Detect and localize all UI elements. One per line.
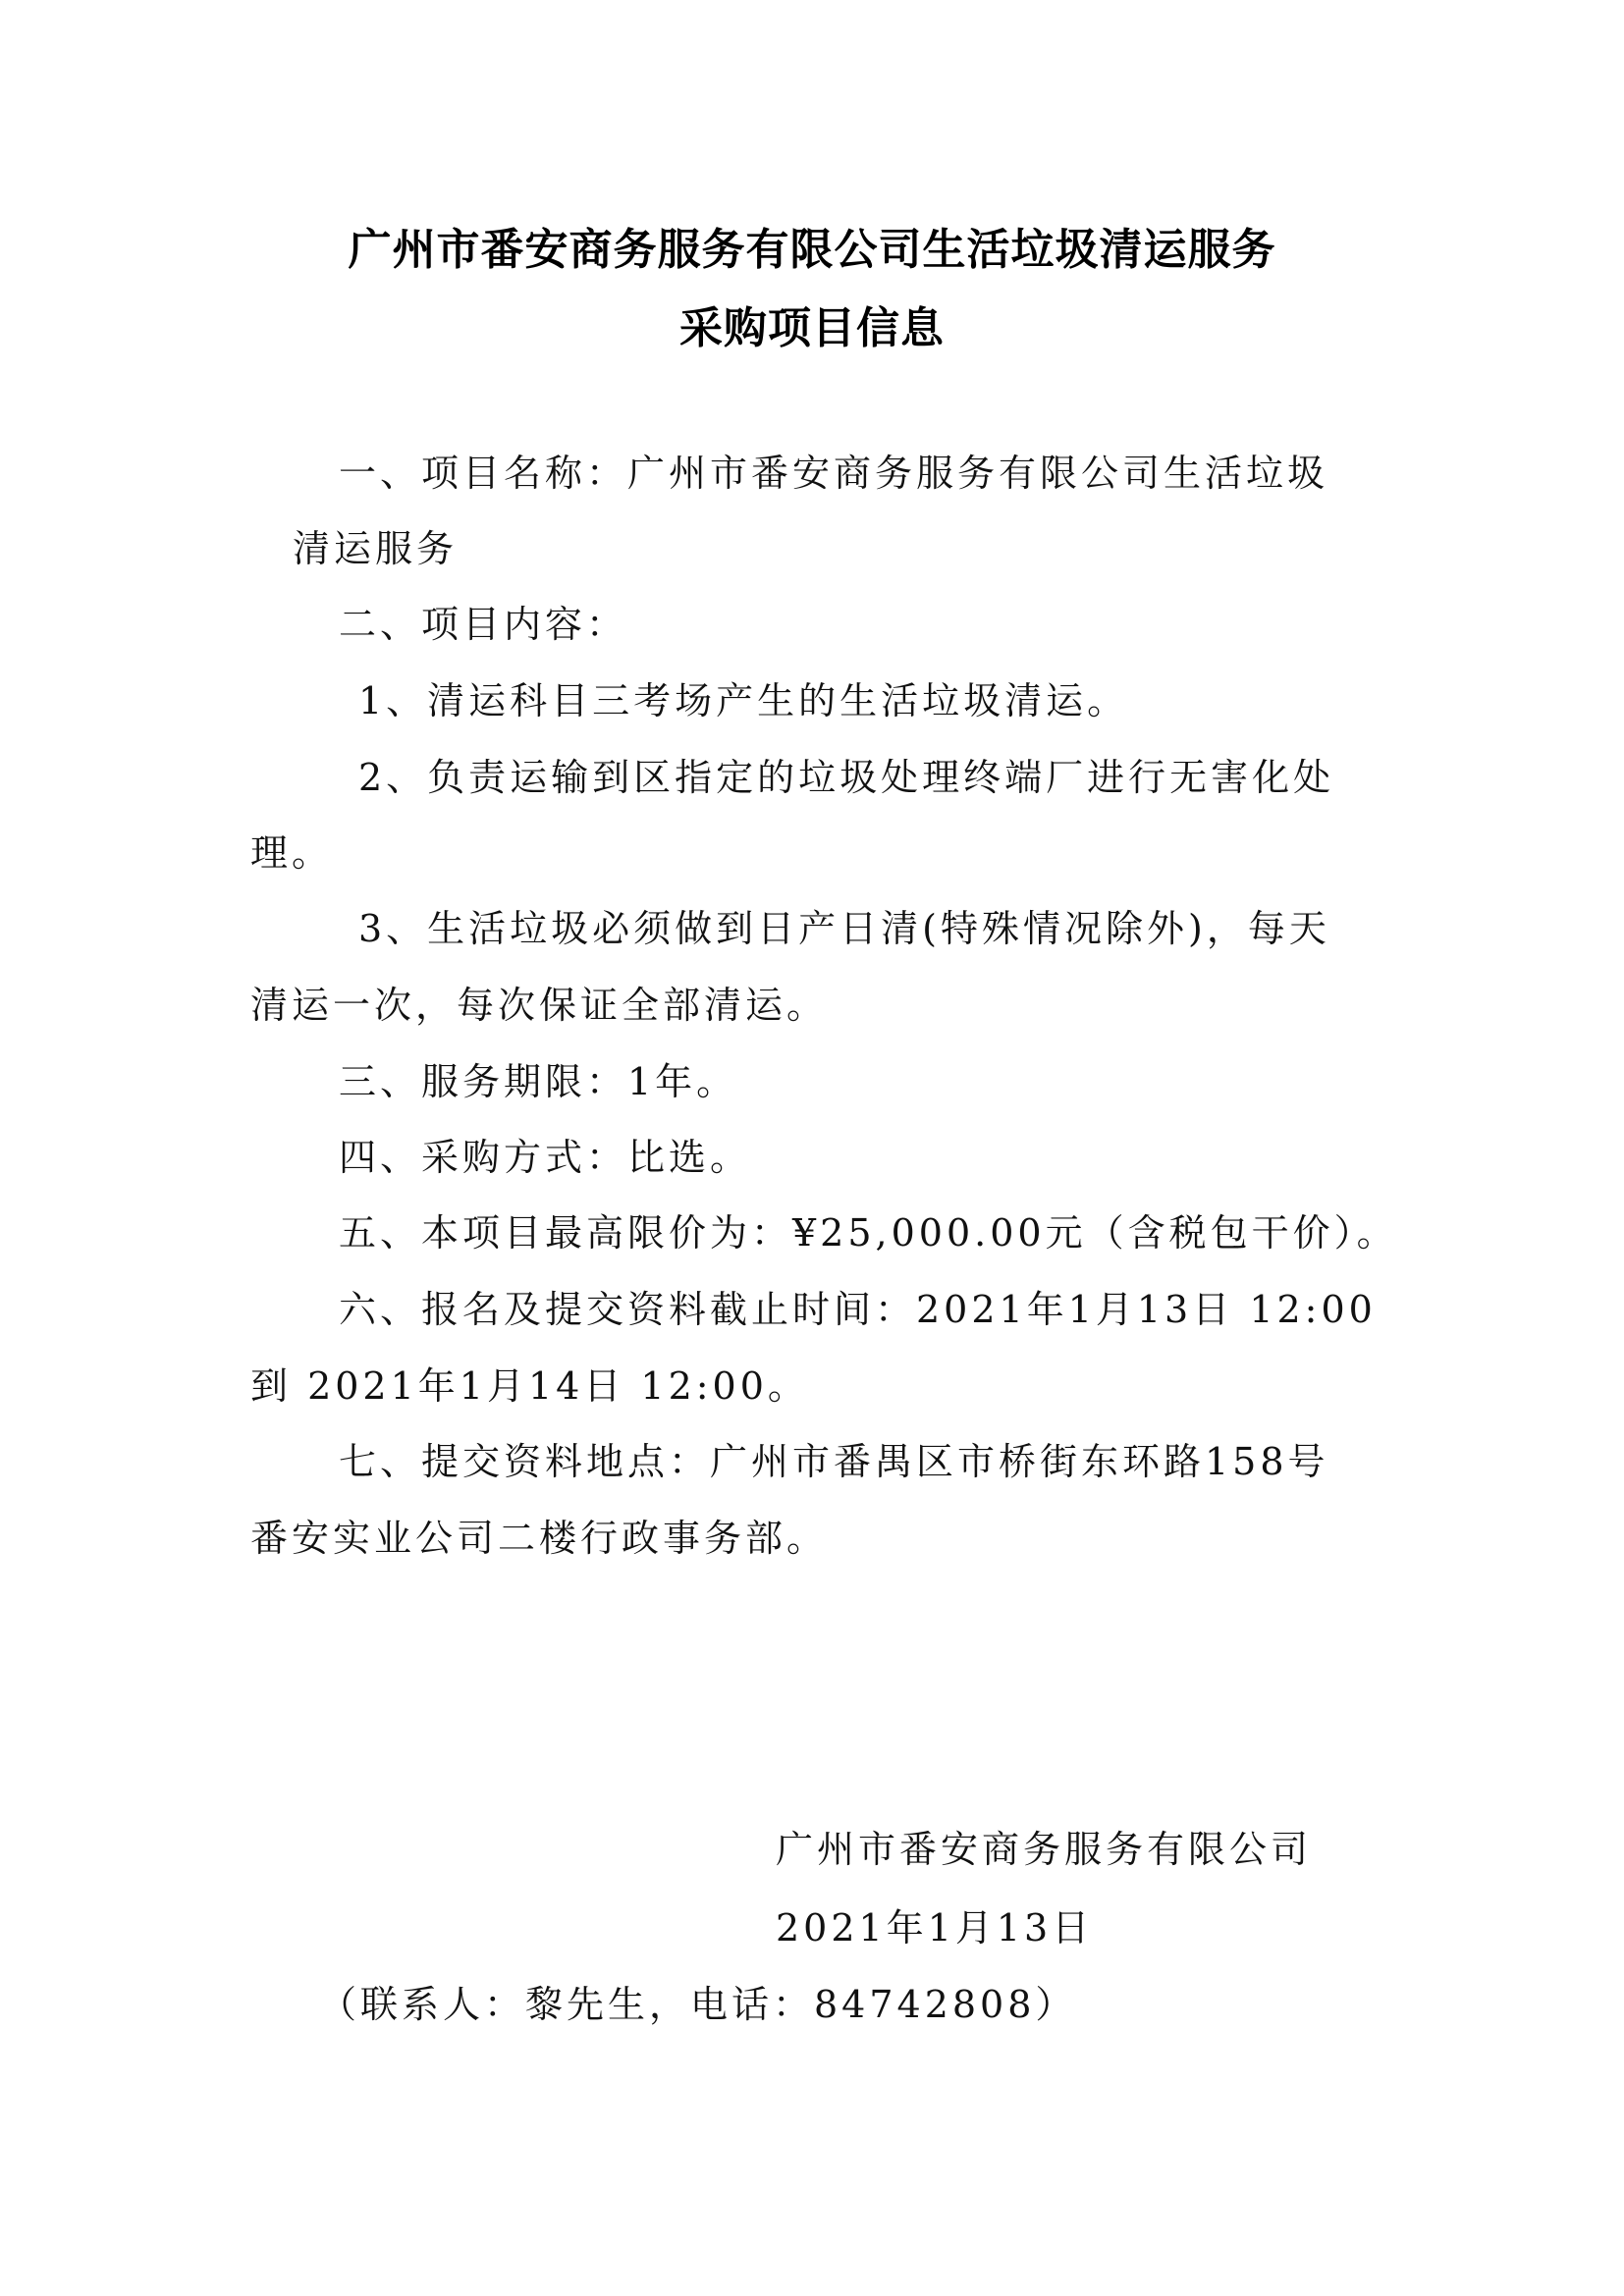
service-period: 三、服务期限：1年。 [339, 1058, 737, 1105]
content-item-2-line-1: 2、负责运输到区指定的垃圾处理终端厂进行无害化处 [358, 754, 1334, 801]
content-item-3-line-1: 3、生活垃圾必须做到日产日清(特殊情况除外)，每天 [358, 905, 1330, 952]
deadline-line-2: 到 2021年1月14日 12:00。 [250, 1362, 809, 1410]
signature-date: 2021年1月13日 [776, 1904, 1093, 1951]
submission-location-line-2: 番安实业公司二楼行政事务部。 [250, 1515, 828, 1562]
document-page: 广州市番安商务服务有限公司生活垃圾清运服务 采购项目信息 一、项目名称：广州市番… [0, 0, 1624, 2296]
document-title-line-1: 广州市番安商务服务有限公司生活垃圾清运服务 [0, 214, 1624, 277]
content-item-2-line-2: 理。 [250, 829, 333, 877]
procurement-method: 四、采购方式：比选。 [339, 1134, 751, 1181]
contact-info: （联系人：黎先生，电话：84742808） [319, 1981, 1076, 2028]
document-title-line-2: 采购项目信息 [0, 293, 1624, 355]
max-price: 五、本项目最高限价为：¥25,000.00元（含税包干价）。 [339, 1209, 1398, 1256]
deadline-line-1: 六、报名及提交资料截止时间：2021年1月13日 12:00 [339, 1286, 1377, 1333]
content-item-3-line-2: 清运一次，每次保证全部清运。 [250, 982, 828, 1029]
project-content-heading: 二、项目内容： [339, 601, 627, 648]
content-item-1: 1、清运科目三考场产生的生活垃圾清运。 [358, 677, 1128, 724]
submission-location-line-1: 七、提交资料地点：广州市番禺区市桥街东环路158号 [339, 1438, 1329, 1485]
project-name-line-1: 一、项目名称：广州市番安商务服务有限公司生活垃圾 [339, 450, 1328, 497]
project-name-line-2: 清运服务 [293, 525, 458, 572]
signature-company: 广州市番安商务服务有限公司 [776, 1826, 1312, 1873]
